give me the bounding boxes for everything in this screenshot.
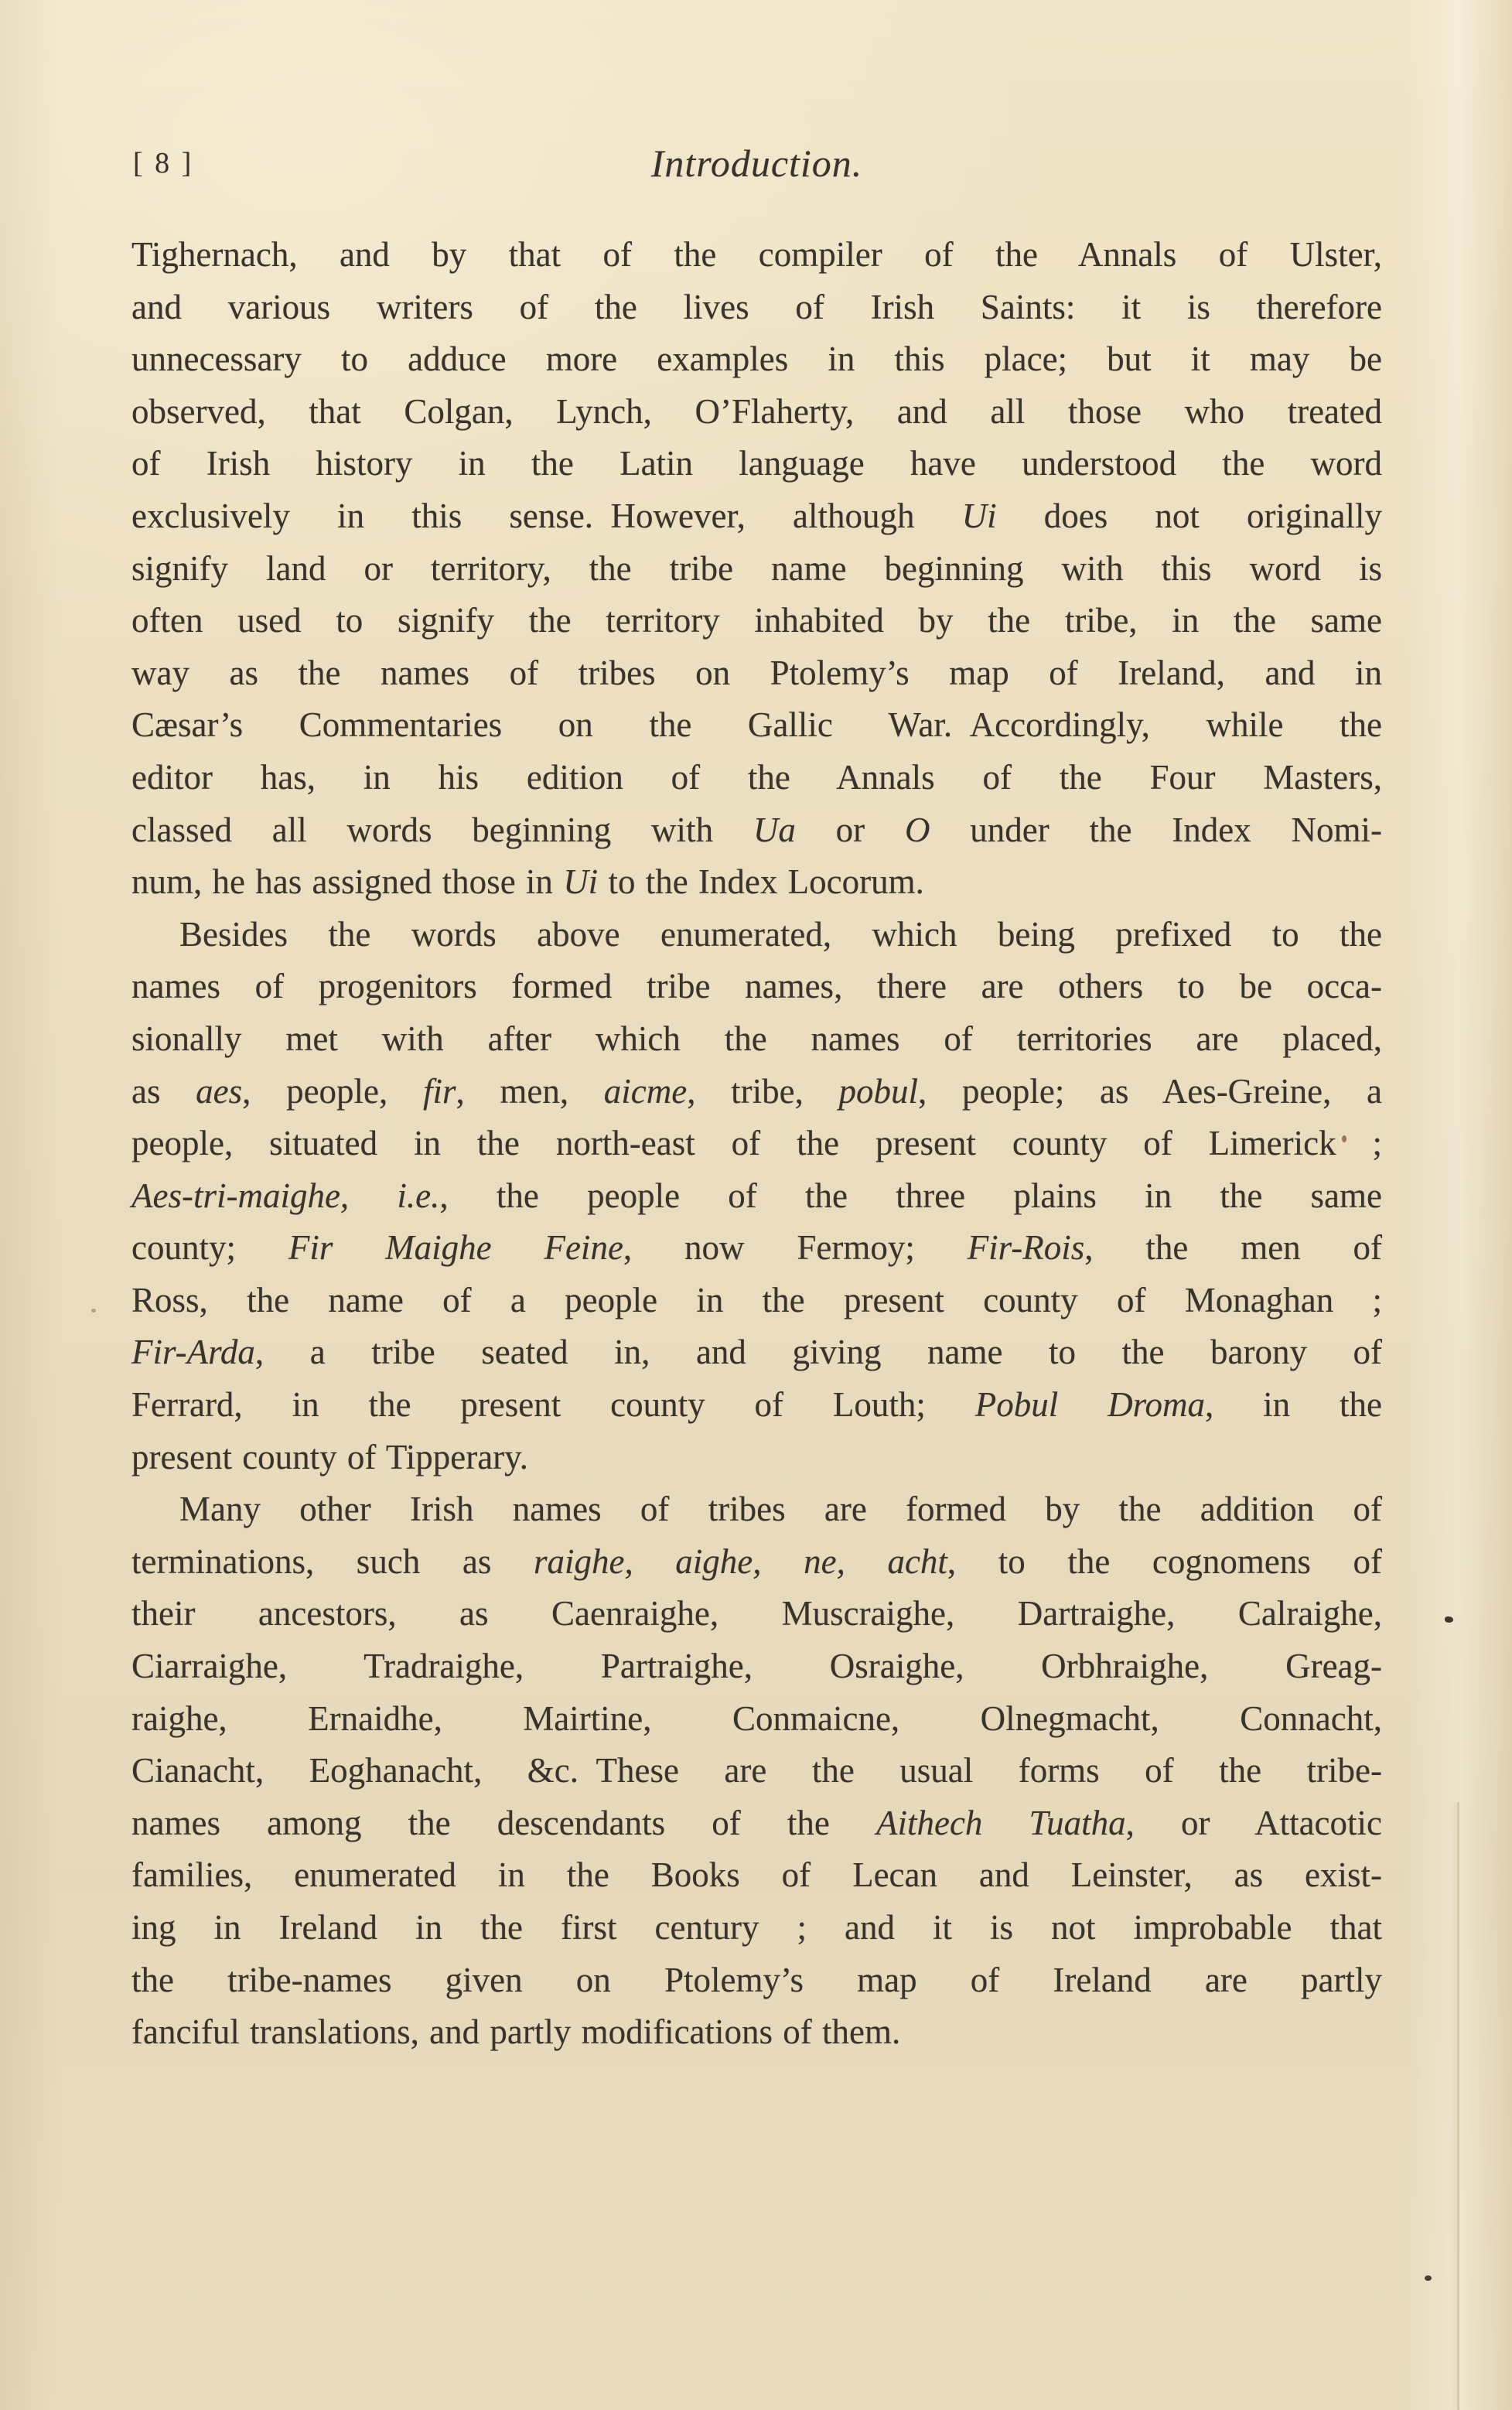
text-line: sionally met with after which the names … bbox=[131, 1013, 1382, 1066]
text-line: families, enumerated in the Books of Lec… bbox=[131, 1849, 1382, 1902]
text-line: people, situated in the north-east of th… bbox=[131, 1118, 1382, 1170]
italic-term: pobul bbox=[839, 1072, 919, 1111]
text-line: editor has, in his edition of the Annals… bbox=[131, 752, 1382, 804]
italic-term: Fir-Rois bbox=[968, 1228, 1085, 1267]
text-line: Ciarraighe, Tradraighe, Partraighe, Osra… bbox=[131, 1640, 1382, 1693]
text-line: names among the descendants of the Aithe… bbox=[131, 1797, 1382, 1850]
book-page: [ 8 ] Introduction. Tighernach, and by t… bbox=[0, 0, 1512, 2410]
italic-term: raighe, aighe, ne, acht bbox=[534, 1542, 947, 1581]
paper-speck bbox=[1445, 1616, 1453, 1623]
text-line: raighe, Ernaidhe, Mairtine, Conmaicne, O… bbox=[131, 1693, 1382, 1746]
text-line: Fir-Arda, a tribe seated in, and giving … bbox=[131, 1326, 1382, 1379]
text-line: county; Fir Maighe Feine, now Fermoy; Fi… bbox=[131, 1222, 1382, 1275]
text-line: unnecessary to adduce more examples in t… bbox=[131, 333, 1382, 386]
text-line: observed, that Colgan, Lynch, O’Flaherty… bbox=[131, 386, 1382, 439]
text-line: often used to signify the territory inha… bbox=[131, 595, 1382, 647]
text-line: Many other Irish names of tribes are for… bbox=[131, 1483, 1382, 1536]
text-line: Cæsar’s Commentaries on the Gallic War. … bbox=[131, 699, 1382, 752]
text-line: Besides the words above enumerated, whic… bbox=[131, 909, 1382, 961]
text-line: Tighernach, and by that of the compiler … bbox=[131, 229, 1382, 282]
italic-term: O bbox=[905, 811, 930, 849]
page-header: [ 8 ] Introduction. bbox=[131, 0, 1382, 201]
italic-term: Pobul Droma bbox=[975, 1385, 1205, 1424]
italic-term: Fir Maighe Feine bbox=[288, 1228, 623, 1267]
italic-term: aicme bbox=[604, 1072, 687, 1111]
paper-speck bbox=[91, 1309, 96, 1313]
running-title: Introduction. bbox=[131, 144, 1382, 183]
paper-crease bbox=[1457, 1802, 1459, 2410]
paper-speck bbox=[1425, 2275, 1432, 2281]
text-line: fanciful translations, and partly modifi… bbox=[131, 2006, 1382, 2059]
italic-term: Aithech Tuatha bbox=[876, 1804, 1126, 1842]
italic-term: Aes-tri-maighe, i.e. bbox=[131, 1176, 439, 1215]
text-line: classed all words beginning with Ua or O… bbox=[131, 804, 1382, 857]
text-line: num, he has assigned those in Ui to the … bbox=[131, 856, 1382, 909]
text-line: of Irish history in the Latin language h… bbox=[131, 438, 1382, 490]
italic-term: Ui bbox=[563, 862, 598, 901]
text-line: the tribe-names given on Ptolemy’s map o… bbox=[131, 1954, 1382, 2007]
italic-term: aes bbox=[196, 1072, 242, 1111]
text-line: terminations, such as raighe, aighe, ne,… bbox=[131, 1536, 1382, 1589]
text-line: way as the names of tribes on Ptolemy’s … bbox=[131, 647, 1382, 700]
text-line: Cianacht, Eoghanacht, &c. These are the … bbox=[131, 1745, 1382, 1797]
text-line: and various writers of the lives of Iris… bbox=[131, 282, 1382, 334]
text-line: Ross, the name of a people in the presen… bbox=[131, 1275, 1382, 1327]
text-line: exclusively in this sense. However, alth… bbox=[131, 490, 1382, 543]
italic-term: Ui bbox=[962, 497, 997, 535]
text-line: as aes, people, fir, men, aicme, tribe, … bbox=[131, 1066, 1382, 1118]
text-line: their ancestors, as Caenraighe, Muscraig… bbox=[131, 1588, 1382, 1640]
text-line: present county of Tipperary. bbox=[131, 1432, 1382, 1484]
paper-speck bbox=[1342, 1135, 1346, 1142]
text-line: Ferrard, in the present county of Louth;… bbox=[131, 1379, 1382, 1432]
body-text: Tighernach, and by that of the compiler … bbox=[131, 229, 1382, 2059]
italic-term: Ua bbox=[753, 811, 796, 849]
text-line: signify land or territory, the tribe nam… bbox=[131, 543, 1382, 596]
text-line: names of progenitors formed tribe names,… bbox=[131, 961, 1382, 1013]
text-line: Aes-tri-maighe, i.e., the people of the … bbox=[131, 1170, 1382, 1223]
text-line: ing in Ireland in the first century ; an… bbox=[131, 1902, 1382, 1954]
italic-term: fir bbox=[423, 1072, 456, 1111]
italic-term: Fir-Arda bbox=[131, 1333, 255, 1371]
